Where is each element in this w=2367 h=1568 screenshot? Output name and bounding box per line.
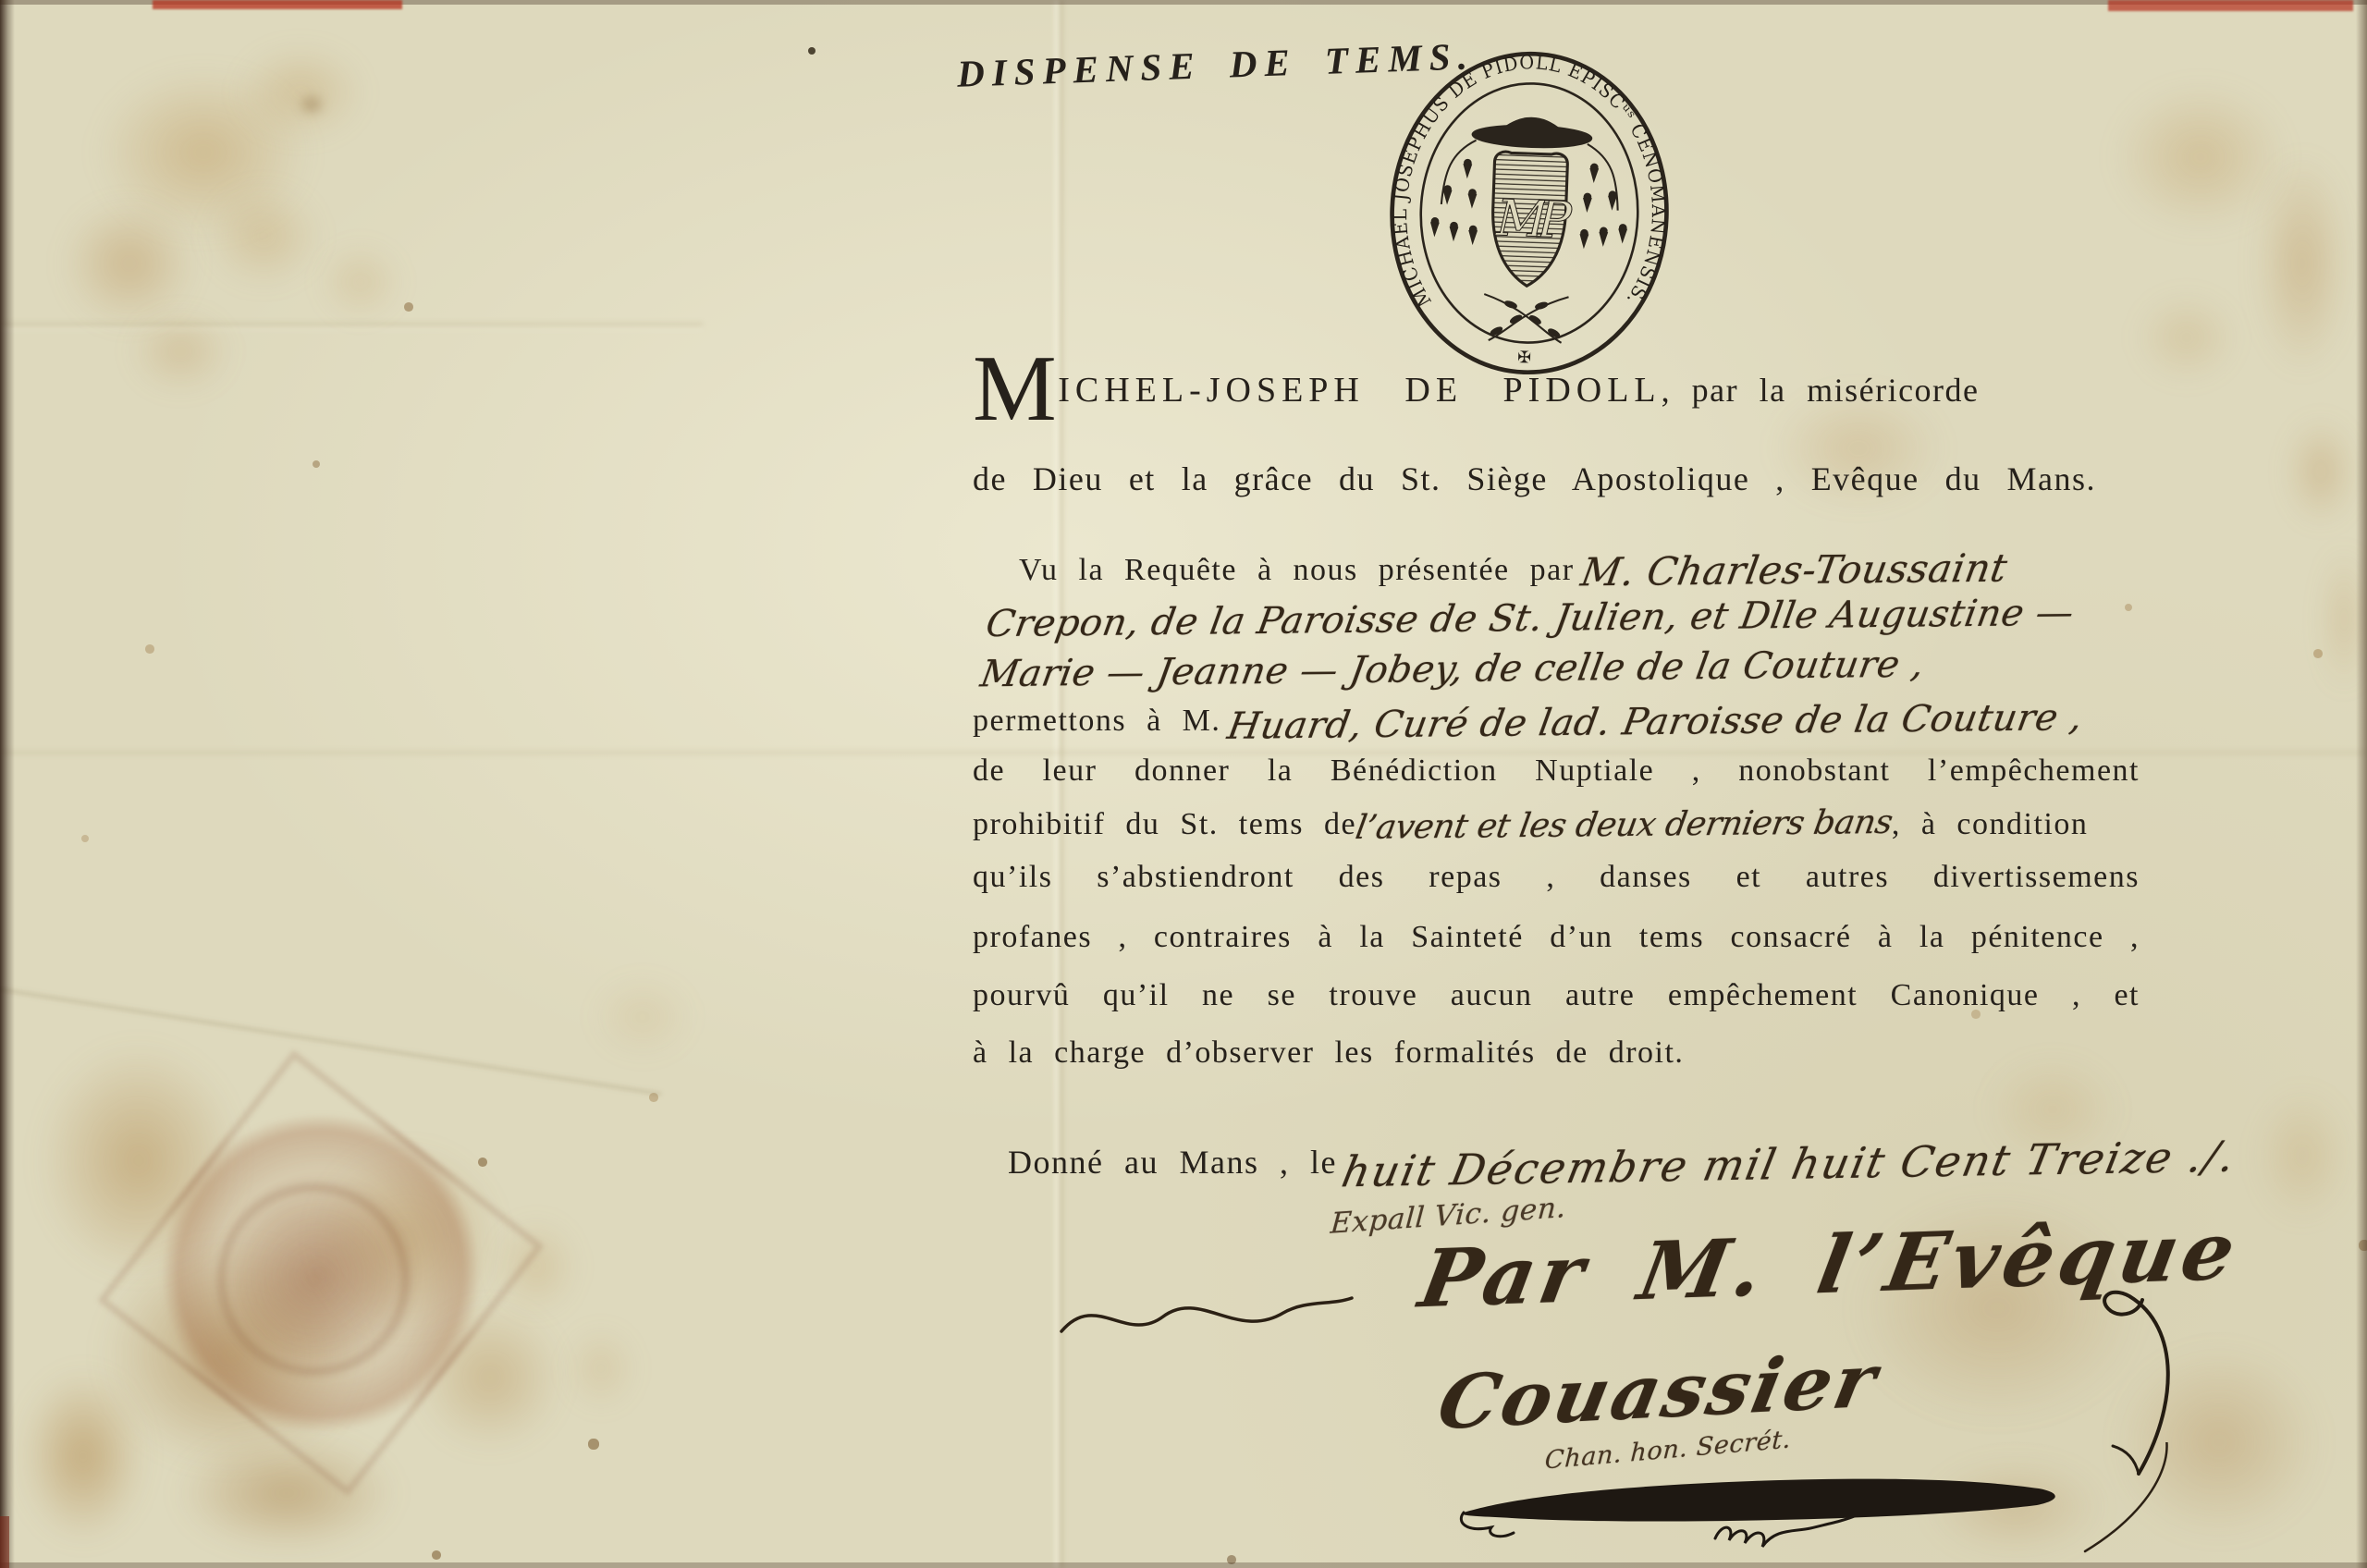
body-line-8: profanes , contraires à la Sainteté d’un… <box>973 920 2140 955</box>
stain-blob <box>2275 398 2367 545</box>
dateline-print: Donné au Mans , le <box>1008 1144 1337 1181</box>
scan-edge-top <box>0 0 2367 5</box>
scan-edge-red-bottom-left <box>0 1516 9 1568</box>
body-line-10: à la charge d’observer les formalités de… <box>973 1035 1684 1071</box>
fold-horizontal-left <box>0 322 703 331</box>
bishop-name-caps: ICHEL-JOSEPH DE PIDOLL <box>1058 371 1661 410</box>
body-line-6-print-b: , à condition <box>1892 807 2089 841</box>
body-line-1-hand: M. Charles-Toussaint <box>1578 545 2011 595</box>
dateline: Donné au Mans , le huit Décembre mil hui… <box>1008 1139 2235 1189</box>
body-line-4-print: permettons à M. <box>973 704 1220 738</box>
tall-flourish <box>2085 1287 2205 1481</box>
stain-blob <box>2238 1063 2367 1248</box>
wax-seal-ring <box>217 1183 410 1376</box>
galero-brim <box>1472 124 1591 149</box>
paraph-flourish <box>1054 1274 1359 1362</box>
stain-blob <box>305 231 416 333</box>
secretary-signature-text: Couassier <box>1431 1337 1885 1446</box>
body-line-4: permettons à M. Huard, Curé de lad. Paro… <box>973 701 2081 743</box>
stain-blob <box>0 1341 166 1568</box>
paper-speckles <box>0 0 4 4</box>
secretary-signature: Couassier <box>1442 1348 1875 1435</box>
stain-blob <box>55 37 351 268</box>
body-line-6-hand: l’avent et les deux derniers bans <box>1353 803 1895 847</box>
body-line-6-print-a: prohibitif du St. tems de <box>973 807 1356 841</box>
stain-blob <box>291 88 332 121</box>
body-line-3: Marie — Jeanne — Jobey, de celle de la C… <box>982 648 1923 691</box>
stain-blob <box>2238 111 2367 416</box>
stain-blob <box>37 176 222 351</box>
bishop-seal: MICHAEL JOSEPHUS DE PIDOLL EPISCᵘˢ CENOM… <box>1380 43 1679 385</box>
stain-blob <box>2316 518 2367 721</box>
stain-blob <box>185 166 342 305</box>
scan-edge-red-top-right <box>2108 0 2353 11</box>
body-line-1: Vu la Requête à nous présentée par M. Ch… <box>1019 547 2006 593</box>
dateline-hand: huit Décembre mil huit Cent Treize ./. <box>1338 1132 2240 1197</box>
stain-blob <box>2117 277 2256 398</box>
salutation-line1: MICHEL-JOSEPH DE PIDOLL, par la misérico… <box>973 370 1980 410</box>
salutation-line2: de Dieu et la grâce du St. Siège Apostol… <box>973 459 2096 498</box>
document-page: DISPENSE DE TEMS. MICHAEL JOSEPHUS DE PI… <box>0 0 2367 1568</box>
stain-blob <box>555 1313 647 1424</box>
scan-edge-left <box>0 0 15 1568</box>
body-line-4-hand: Huard, Curé de lad. Paroisse de la Coutu… <box>1224 696 2086 748</box>
seal-cross: ✠ <box>1517 349 1532 368</box>
stain-blob <box>2080 55 2321 259</box>
stain-blob <box>213 28 388 157</box>
body-line-1-print: Vu la Requête à nous présentée par <box>1019 553 1575 587</box>
scan-edge-right <box>2356 0 2367 1568</box>
body-line-2: Crepon, de la Paroisse de St. Julien, et… <box>987 597 2073 640</box>
body-line-2-hand: Crepon, de la Paroisse de St. Julien, et… <box>983 592 2077 645</box>
body-line-6: prohibitif du St. tems del’avent et les … <box>973 806 2088 844</box>
body-line-9: pourvû qu’il ne se trouve aucun autre em… <box>973 978 2140 1013</box>
body-line-7: qu’ils s’abstiendront des repas , danses… <box>973 860 2140 895</box>
body-line-5: de leur donner la Bénédiction Nuptiale ,… <box>973 753 2140 789</box>
salutation-line1-rest: , par la miséricorde <box>1662 372 1980 409</box>
stain-blob <box>111 296 250 407</box>
stain-blob <box>573 962 712 1072</box>
scan-edge-red-top-left <box>153 0 402 9</box>
dropcap-M: M <box>973 337 1058 441</box>
body-line-3-hand: Marie — Jeanne — Jobey, de celle de la C… <box>977 643 1927 696</box>
